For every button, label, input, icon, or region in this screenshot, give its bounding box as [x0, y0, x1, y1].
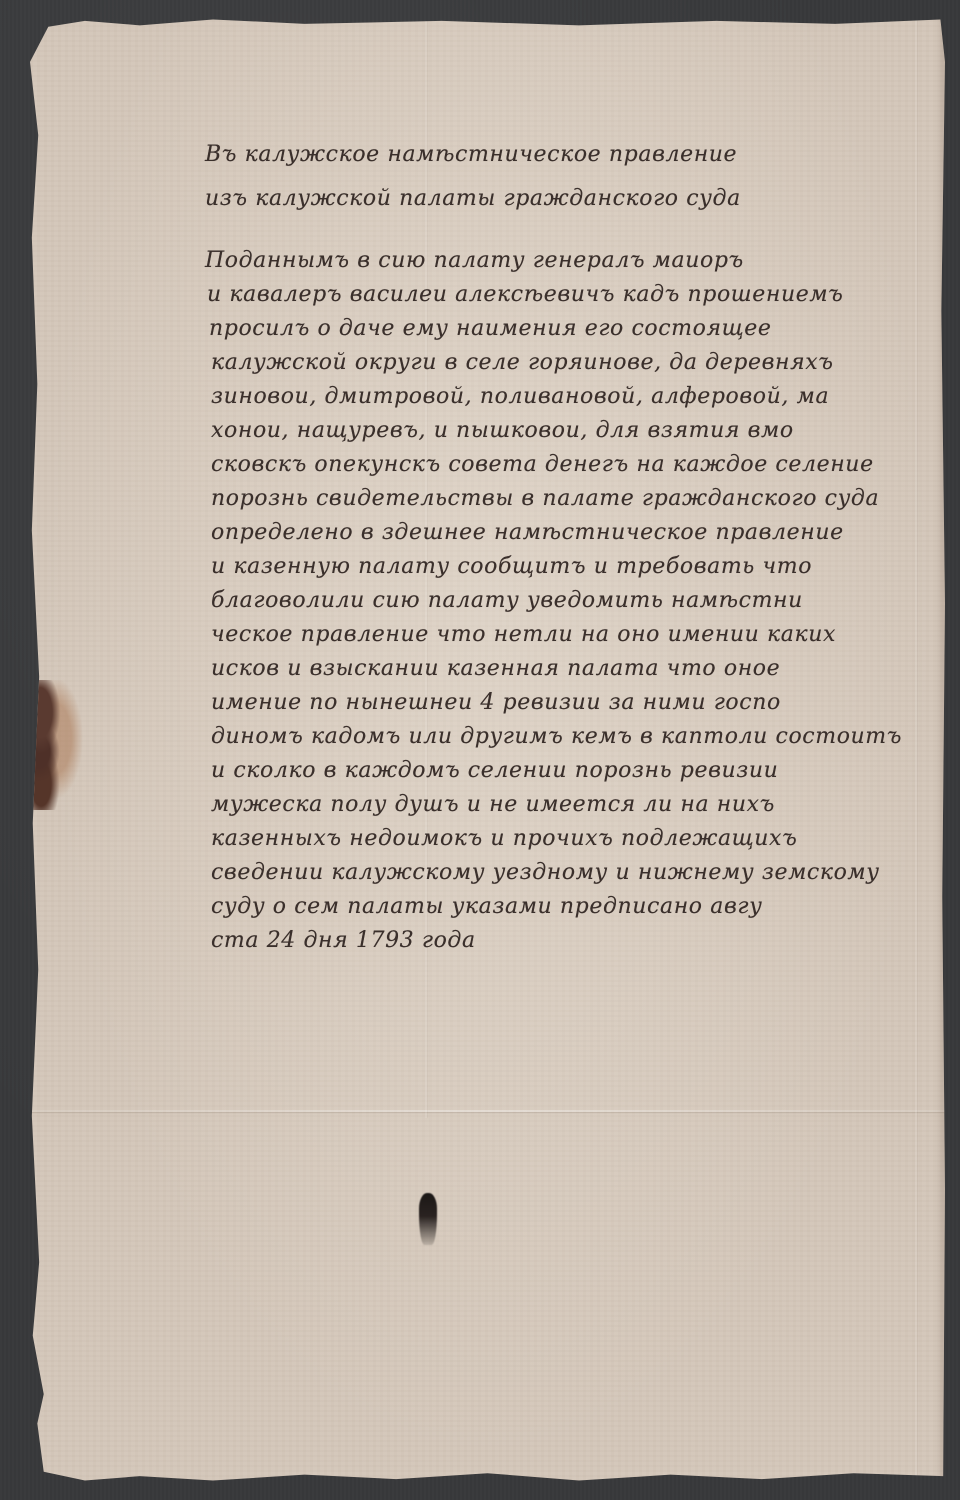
- horizontal-fold-line: [30, 1110, 945, 1112]
- body-line-15: диномъ кадомъ или другимъ кемъ в каптоли…: [211, 722, 925, 752]
- heading-line-2: изъ калужской палаты гражданского суда: [205, 184, 925, 214]
- date-line: ста 24 дня 1793 года: [211, 926, 925, 956]
- body-line-3: просилъ о даче ему наимения его состояще…: [209, 314, 925, 344]
- body-line-8: порознь свидетельствы в палате гражданск…: [211, 484, 925, 514]
- heading-line-1: Въ калужское намѣстническое правление: [205, 140, 925, 170]
- body-line-19: сведении калужскому уездному и нижнему з…: [211, 858, 925, 888]
- body-line-20: суду о сем палаты указами предписано авг…: [211, 892, 925, 922]
- manuscript-text: Въ калужское намѣстническое правление из…: [165, 140, 925, 830]
- body-line-4: калужской округи в селе горяинове, да де…: [211, 348, 925, 378]
- body-line-13: исков и взыскании казенная палата что он…: [211, 654, 925, 684]
- body-line-7: сковскъ опекунскъ совета денегъ на каждо…: [211, 450, 925, 480]
- body-line-6: хонои, нащуревъ, и пышковои, для взятия …: [211, 416, 925, 446]
- body-line-10: и казенную палату сообщитъ и требовать ч…: [211, 552, 925, 582]
- body-line-16: и сколко в каждомъ селении порознь ревиз…: [211, 756, 925, 786]
- body-line-5: зиновои, дмитровой, поливановой, алферов…: [211, 382, 925, 412]
- body-line-17: мужеска полу душъ и не имеется ли на них…: [211, 790, 925, 820]
- body-line-1: Поданнымъ в сию палату генералъ маиоръ: [205, 246, 925, 276]
- body-line-12: ческое правление что нетли на оно имении…: [211, 620, 925, 650]
- body-line-18: казенныхъ недоимокъ и прочихъ подлежащих…: [211, 824, 925, 854]
- body-line-14: имение по нынешнеи 4 ревизии за ними гос…: [211, 688, 925, 718]
- body-line-9: определено в здешнее намѣстническое прав…: [211, 518, 925, 548]
- body-line-2: и кавалеръ василеи алексѣевичъ кадъ прош…: [207, 280, 925, 310]
- body-line-11: благоволили сию палату уведомить намѣстн…: [211, 586, 925, 616]
- ink-blot: [419, 1193, 437, 1245]
